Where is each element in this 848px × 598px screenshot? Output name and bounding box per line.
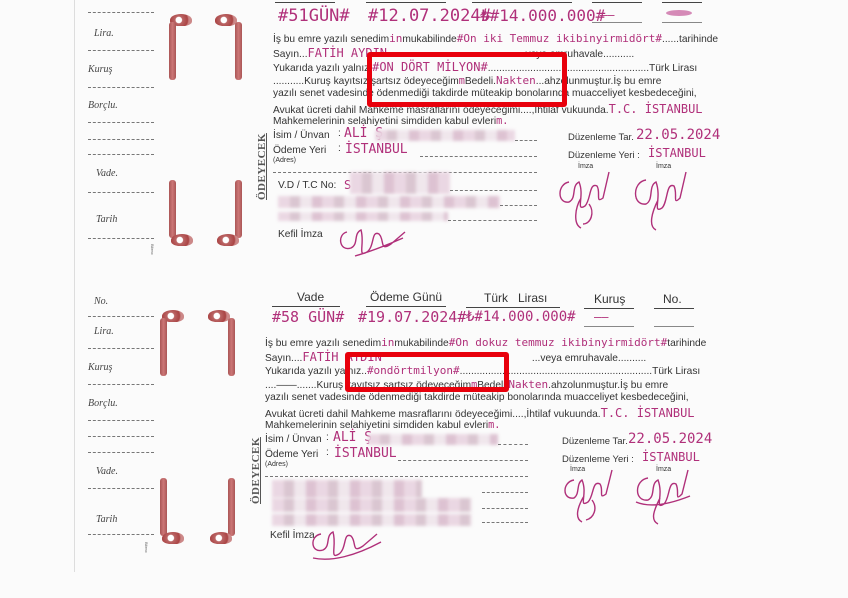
court-value: T.C. İSTANBUL: [601, 406, 695, 420]
duzenleme-tarihi-value: 22.05.2024: [636, 127, 720, 143]
duzenleme-tarihi-label: Düzenleme Tar.: [562, 436, 628, 447]
header-vade: Vade: [297, 290, 324, 304]
debtor-signature-2: [630, 468, 696, 526]
vade-value: #58 GÜN#: [272, 308, 344, 326]
ornament-icon: [208, 310, 230, 322]
odeme-gunu-value: #12.07.2024#: [368, 6, 491, 26]
ornament-icon: [171, 234, 193, 246]
header-odeme-gunu: Ödeme Günü: [370, 290, 442, 304]
body-line-1: İş bu emre yazılı senediminmukabilinde#O…: [273, 32, 718, 45]
redacted-name: [368, 434, 498, 445]
note-stub: No. Lira. Kuruş Borçlu. Vade. Tarih: [88, 296, 156, 566]
amount-highlight-box: [367, 52, 567, 107]
ornament-icon: [215, 14, 237, 26]
ornament-icon: [162, 532, 184, 544]
duzenleme-tarihi-label: Düzenleme Tar.: [568, 132, 634, 143]
guarantor-signature: [305, 522, 385, 566]
stub-borclu-label: Borçlu.: [88, 398, 118, 409]
duzenleme-yeri-label: Düzenleme Yeri :: [562, 454, 634, 465]
guarantor-signature: [335, 222, 415, 264]
odeyecek-label: ÖDEYECEK: [250, 437, 262, 504]
redacted-address: [278, 212, 448, 221]
ornament-frame: [165, 8, 250, 258]
odeme-yeri-value: İSTANBUL: [345, 142, 408, 157]
body-line-6: Avukat ücreti dahil Mahkeme masraflarını…: [265, 406, 695, 420]
body-line-7: Mahkemelerinin selahiyetini simdiden kab…: [265, 420, 500, 431]
odeme-yeri-label: Ödeme Yeri: [265, 449, 318, 460]
stub-kurus-label: Kuruş: [88, 64, 112, 75]
duzenleme-tarihi-value: 22.05.2024: [628, 431, 712, 447]
turk-lirasi-value: ₺#14.000.000#: [480, 6, 605, 25]
stub-vade-label: Vade.: [96, 168, 118, 179]
printer-stamp: Bilenc: [144, 542, 149, 553]
vd-tc-label: V.D / T.C No:: [278, 180, 336, 191]
duzenleme-yeri-label: Düzenleme Yeri :: [568, 150, 640, 161]
stub-no-label: No.: [98, 0, 112, 3]
note-stub: No. Lira. Kuruş Borçlu. Vade. Tarih: [88, 0, 156, 264]
isim-value: ALİ Ş: [333, 430, 372, 445]
page-edge: [74, 0, 75, 572]
printer-stamp: Bilenc: [150, 244, 155, 255]
redacted-tax-id: [272, 480, 422, 498]
court-value: T.C. İSTANBUL: [609, 102, 703, 116]
ornament-icon: [210, 532, 232, 544]
debtor-signature-1: [555, 168, 615, 234]
vade-value: #51GÜN#: [278, 6, 350, 26]
body-line-5: yazılı senet vadesinde ödenmediği takdir…: [265, 392, 689, 403]
header-turk-lirasi: Türk Lirası: [484, 291, 547, 305]
stub-tarih-label: Tarih: [96, 514, 117, 525]
redacted-tax-id: [350, 172, 450, 194]
ornament-icon: [217, 234, 239, 246]
header-no: No.: [663, 292, 682, 306]
no-value-scribble: [666, 10, 692, 16]
body-line-7: Mahkemelerinin selahiyetini simdiden kab…: [273, 116, 508, 127]
duzenleme-yeri-value: İSTANBUL: [648, 146, 706, 160]
odeme-yeri-value: İSTANBUL: [334, 446, 397, 461]
debtor-signature-1: [560, 468, 620, 526]
kurus-value: ——: [594, 310, 608, 324]
adres-sublabel: (Adres): [273, 157, 296, 164]
stub-kurus-label: Kuruş: [88, 362, 112, 373]
odeme-tarihi-text: #On dokuz temmuz ikibinyirmidört#: [449, 336, 668, 349]
bedeli-value: Nakten: [508, 378, 548, 391]
odeyecek-label: ÖDEYECEK: [256, 133, 268, 200]
header-kurus: Kuruş: [594, 292, 625, 306]
redacted-address: [272, 498, 472, 512]
debtor-signature-2: [628, 168, 694, 234]
stub-lira-label: Lira.: [94, 326, 114, 337]
stub-vade-label: Vade.: [96, 466, 118, 477]
kefil-imza-label: Kefil İmza: [278, 229, 323, 240]
kurus-value: ——: [600, 8, 614, 22]
odeme-yeri-label: Ödeme Yeri: [273, 145, 326, 156]
stub-borclu-label: Borçlu.: [88, 100, 118, 111]
duzenleme-yeri-value: İSTANBUL: [642, 450, 700, 464]
odeme-tarihi-text: #On iki Temmuz ikibinyirmidört#: [457, 32, 662, 45]
stub-tarih-label: Tarih: [96, 214, 117, 225]
body-line-1: İş bu emre yazılı senediminmukabilinde#O…: [265, 336, 706, 349]
stub-lira-label: Lira.: [94, 28, 114, 39]
adres-sublabel: (Adres): [265, 461, 288, 468]
ornament-frame: [158, 308, 243, 548]
redacted-name: [375, 130, 515, 141]
turk-lirasi-value: ₺#14.000.000#: [466, 309, 576, 325]
odeme-gunu-value: #19.07.2024#: [358, 308, 466, 326]
amount-highlight-box: [345, 352, 509, 392]
redacted-address: [278, 196, 500, 208]
isim-label: İsim / Ünvan: [265, 434, 322, 445]
stub-no-label: No.: [94, 296, 108, 307]
isim-label: İsim / Ünvan: [273, 130, 330, 141]
